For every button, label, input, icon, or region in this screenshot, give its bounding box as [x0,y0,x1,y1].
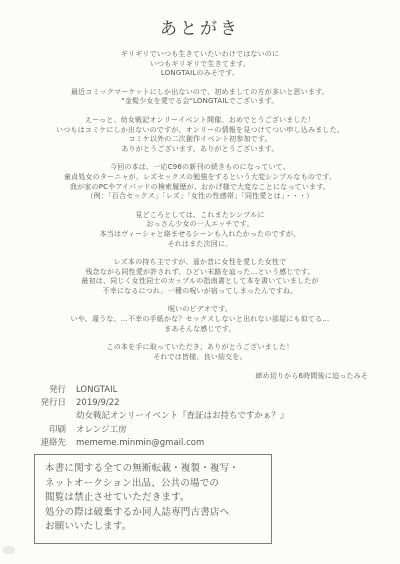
colophon-row-publisher: 発行 LONGTAIL [0,384,400,397]
text-line: いや、違うな、…不幸の手紙かな？セックスしないと出れない部屋にも似てる… [0,315,400,325]
text-line: 見どころとしては、これまたシンプルに [0,211,400,221]
text-line: いつもはコミケにしか出ないのですが、オンリーの情報を見つけてつい申し込みました。 [0,126,400,136]
text-line: 最近コミックマーケットにしか出ないので、初めましての方が多いと思います。 [0,88,400,98]
text-line: ありがとうございます。ありがとうございます。 [0,145,400,155]
paragraph: ギリギリでいつも生きていたいわけではないのに いつもギリギリで生きてます。 LO… [0,50,400,79]
text-line: 最初は、同じく女性同士のカップルの指南書として本を書いていましたが [0,277,400,287]
text-line: この本を手に取っていただき、ありがとうございました！ [0,343,400,353]
paragraph: 最近コミックマーケットにしか出ないので、初めましての方が多いと思います。 "金髪… [0,88,400,107]
notice-line: お願いいたします。 [45,520,261,535]
notice-line: 処分の際は破棄するか同人誌専門古書店へ [45,506,261,521]
text-line: コミケ以外の二次創作イベント初参加です。 [0,135,400,145]
text-line: それでは皆様、良い結交を。 [0,353,400,363]
colophon-row-date: 発行日 2019/9/22 [0,397,400,410]
notice-line: ネットオークション出品、公共の場での [45,477,261,492]
text-line: まあそんな感じです。 [0,325,400,335]
colophon-value: 2019/9/22 [76,397,400,410]
afterword-page: あとがき ギリギリでいつも生きていたいわけではないのに いつもギリギリで生きてま… [0,0,400,564]
scan-artifact [3,546,15,554]
colophon-row-event: 幼女戦記オンリーイベント『査証はお持ちですかぁ？』 [0,410,400,423]
paragraph: 呪いのビデオです。 いや、違うな、…不幸の手紙かな？セックスしないと出れない部屋… [0,305,400,334]
paragraph: えーっと、幼女戦記オンリーイベント開催、おめでとうございました！ いつもはコミケ… [0,116,400,154]
text-line: 残念ながら同性愛が許されず、ひどい末路を辿った…という感じです。 [0,268,400,278]
colophon-contact-email: mememe.minmin@gmail.com [76,437,400,450]
text-line: ギリギリでいつも生きていたいわけではないのに [0,50,400,60]
notice-line: 本書に関する全ての無断転載・複製・複写・ [45,462,261,477]
text-line: 不幸になるにつれ、一種の呪いが宿ってしまったんですね。 [0,287,400,297]
notice-line: 閲覧は禁止させていただきます。 [45,491,261,506]
colophon-label: 連絡先 [0,437,76,450]
colophon-value: 幼女戦記オンリーイベント『査証はお持ちですかぁ？』 [76,410,400,423]
colophon-row-contact: 連絡先 mememe.minmin@gmail.com [0,437,400,450]
text-line: 本当はヴィーシャと絡ませるシーンも入れたかったのですが、 [0,230,400,240]
colophon-label: 発行日 [0,397,76,410]
paragraph: レズ本の持ち主ですが、遥か昔に女性を愛した女性で 残念ながら同性愛が許されず、ひ… [0,258,400,296]
text-line: 今回の本は、一応C96の新刊の続きものになっていて、 [0,163,400,173]
paragraph: 今回の本は、一応C96の新刊の続きものになっていて、 童貞処女のターニャが、レズ… [0,163,400,201]
colophon-row-printer: 印刷 オレンジ工房 [0,424,400,437]
text-line: 我が家のPCやアイパッドの検索履歴が、おかげ様で大変なことになっています。 [0,183,400,193]
text-line: それはまた次回に。 [0,240,400,250]
text-line: 呪いのビデオです。 [0,305,400,315]
afterword-body: ギリギリでいつも生きていたいわけではないのに いつもギリギリで生きてます。 LO… [0,50,400,362]
colophon-label [0,410,76,423]
text-line: おっさん少女の一人エッチです。 [0,220,400,230]
colophon: 発行 LONGTAIL 発行日 2019/9/22 幼女戦記オンリーイベント『査… [0,384,400,450]
page-title: あとがき [0,0,400,39]
colophon-label: 印刷 [0,424,76,437]
text-line: えーっと、幼女戦記オンリーイベント開催、おめでとうございました！ [0,116,400,126]
colophon-value: オレンジ工房 [76,424,400,437]
paragraph: 見どころとしては、これまたシンプルに おっさん少女の一人エッチです。 本当はヴィ… [0,211,400,249]
text-line: 童貞処女のターニャが、レズセックスの勉強をするという大変シンプルなものです。 [0,173,400,183]
colophon-label: 発行 [0,384,76,397]
paragraph: この本を手に取っていただき、ありがとうございました！ それでは皆様、良い結交を。 [0,343,400,362]
notice-box: 本書に関する全ての無断転載・複製・複写・ ネットオークション出品、公共の場での … [34,454,272,544]
text-line: レズ本の持ち主ですが、遥か昔に女性を愛した女性で [0,258,400,268]
colophon-value: LONGTAIL [76,384,400,397]
text-line: LONGTAILのみそです。 [0,69,400,79]
text-line: （例：「百合セックス」「レズ」「女性の性感帯」「同性愛とは」・・・） [0,192,400,202]
text-line: "金髪少女を愛でる会"LONGTAILでございます。 [0,97,400,107]
text-line: いつもギリギリで生きてます。 [0,60,400,70]
sign-off-note: 締め切りから6時間後に迫ったみそ [0,371,400,381]
